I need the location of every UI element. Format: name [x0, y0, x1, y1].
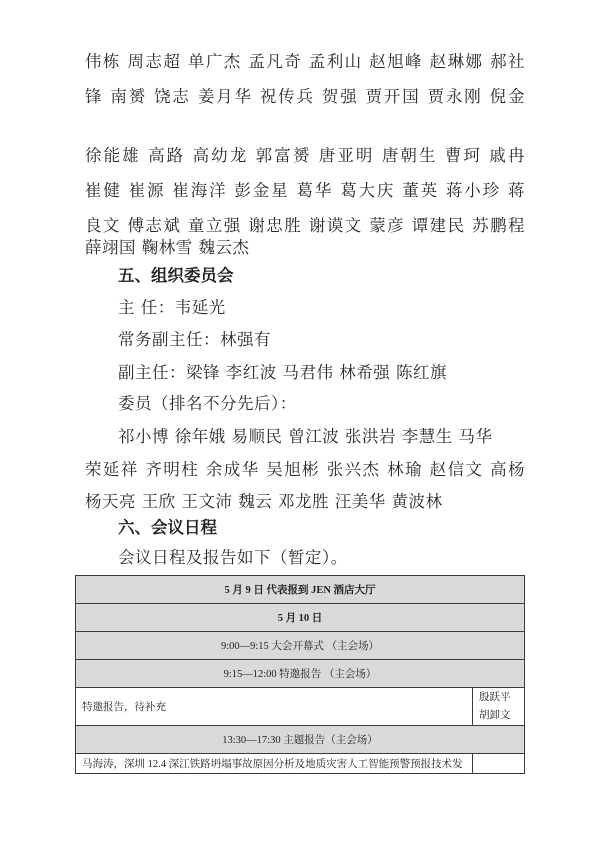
table-row: 特邀报告，待补充 殷跃平 胡卸文: [76, 688, 525, 726]
speaker-name: 胡卸文: [479, 707, 518, 725]
schedule-table: 5 月 9 日 代表报到 JEN 酒店大厅 5 月 10 日 9:00—9:15…: [75, 575, 525, 774]
table-cell: 5 月 10 日: [76, 604, 525, 632]
schedule-intro: 会议日程及报告如下（暂定）。: [118, 548, 558, 568]
director-line: 主 任：韦延光: [118, 298, 558, 318]
name-line: 锋 南赟 饶志 姜月华 祝传兵 贺强 贾开国 贾永刚 倪金: [85, 87, 525, 107]
name-line: 崔健 崔源 崔海洋 彭金星 葛华 葛大庆 董英 蒋小珍 蒋: [85, 181, 525, 201]
name-line: 良文 傅志斌 童立强 谢忠胜 谢谟文 蒙彦 谭建民 苏鹏程: [85, 216, 525, 236]
table-row: 马海涛，深圳 12.4 深江铁路坍塌事故原因分析及地质灾害人工智能预警预报技术发: [76, 754, 525, 774]
section-heading: 五、组织委员会: [118, 266, 234, 286]
table-row: 9:00—9:15 大会开幕式 （主会场）: [76, 632, 525, 660]
table-cell: 5 月 9 日 代表报到 JEN 酒店大厅: [76, 576, 525, 604]
executive-deputy-line: 常务副主任：林强有: [118, 330, 558, 350]
table-row: 9:15—12:00 特邀报告 （主会场）: [76, 660, 525, 688]
report-title-cell: 特邀报告，待补充: [76, 688, 473, 726]
speaker-cell: 殷跃平 胡卸文: [473, 688, 525, 726]
table-row: 5 月 10 日: [76, 604, 525, 632]
members-line: 荣延祥 齐明柱 余成华 吴旭彬 张兴杰 林瑜 赵信文 高杨: [85, 460, 525, 480]
members-line: 祁小博 徐年娥 易顺民 曾江波 张洪岩 李慧生 马华: [118, 427, 525, 447]
deputies-line: 副主任：梁锋 李红波 马君伟 林希强 陈红旗: [118, 363, 558, 383]
table-cell: 13:30—17:30 主题报告（主会场）: [76, 726, 525, 754]
name-line: 伟栋 周志超 单广杰 孟凡奇 孟利山 赵旭峰 赵琳娜 郝社: [85, 52, 525, 72]
report-title-cell: 马海涛，深圳 12.4 深江铁路坍塌事故原因分析及地质灾害人工智能预警预报技术发: [76, 754, 473, 774]
speaker-name: 殷跃平: [479, 689, 518, 707]
table-cell: 9:15—12:00 特邀报告 （主会场）: [76, 660, 525, 688]
section-heading: 六、会议日程: [118, 518, 217, 538]
members-line: 杨天亮 王欣 王文沛 魏云 邓龙胜 汪美华 黄波林: [85, 492, 525, 512]
members-label: 委员（排名不分先后）：: [118, 394, 558, 414]
speaker-cell: [473, 754, 525, 774]
table-row: 5 月 9 日 代表报到 JEN 酒店大厅: [76, 576, 525, 604]
name-line: 薛翊国 鞠林雪 魏云杰: [85, 238, 525, 258]
name-line: 徐能雄 高路 高幼龙 郭富赟 唐亚明 唐朝生 曹珂 戚冉: [85, 146, 525, 166]
table-row: 13:30—17:30 主题报告（主会场）: [76, 726, 525, 754]
table-cell: 9:00—9:15 大会开幕式 （主会场）: [76, 632, 525, 660]
